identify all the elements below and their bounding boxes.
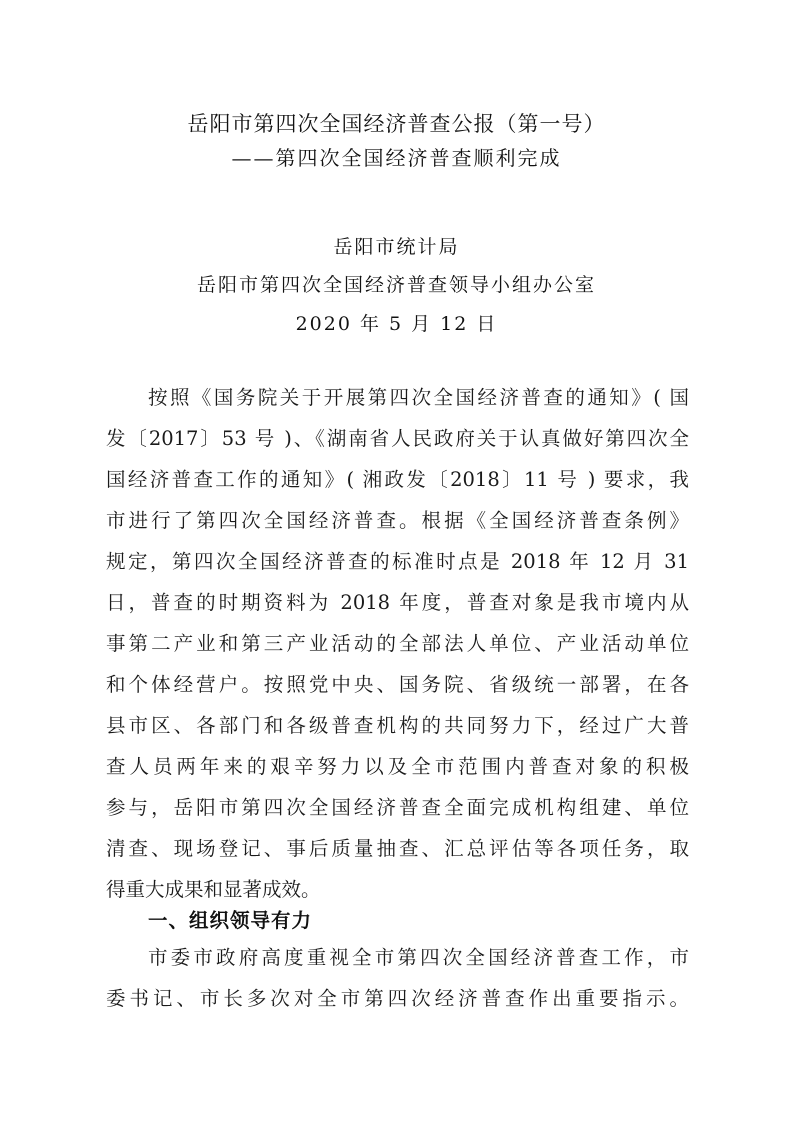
paragraph-line: 国经济普查工作的通知》( 湘政发〔2018〕11 号 ) 要求，我 (106, 468, 689, 492)
section-heading: 一、组织领导有力 (148, 905, 312, 933)
paragraph-line: 和个体经营户。按照党中央、国务院、省级统一部署，在各 (106, 673, 689, 697)
issue-date: 2020 年 5 月 12 日 (0, 309, 793, 336)
paragraph-line: 发〔2017〕53 号 )、《湖南省人民政府关于认真做好第四次全 (106, 427, 689, 451)
document-subtitle: ——第四次全国经济普查顺利完成 (0, 142, 793, 171)
paragraph-line: 参与，岳阳市第四次全国经济普查全面完成机构组建、单位 (106, 796, 689, 820)
paragraph-line: 市进行了第四次全国经济普查。根据《全国经济普查条例》 (106, 509, 689, 533)
paragraph-line: 事第二产业和第三产业活动的全部法人单位、产业活动单位 (106, 632, 689, 656)
document-title: 岳阳市第四次全国经济普查公报（第一号） (0, 108, 793, 138)
paragraph-line: 清查、现场登记、事后质量抽查、汇总评估等各项任务，取 (106, 837, 689, 861)
paragraph-line: 按照《国务院关于开展第四次全国经济普查的通知》( 国 (148, 386, 689, 410)
paragraph-line: 规定，第四次全国经济普查的标准时点是 2018 年 12 月 31 (106, 550, 689, 574)
issuer-statistics-bureau: 岳阳市统计局 (0, 232, 793, 259)
paragraph-line: 得重大成果和显著成效。 (106, 878, 689, 902)
paragraph-line: 委书记、市长多次对全市第四次经济普查作出重要指示。 (106, 987, 689, 1011)
paragraph-line: 市委市政府高度重视全市第四次全国经济普查工作，市 (148, 946, 689, 970)
paragraph-line: 日，普查的时期资料为 2018 年度，普查对象是我市境内从 (106, 591, 689, 615)
issuer-census-office: 岳阳市第四次全国经济普查领导小组办公室 (0, 270, 793, 297)
document-page: 岳阳市第四次全国经济普查公报（第一号） ——第四次全国经济普查顺利完成 岳阳市统… (0, 0, 793, 1122)
paragraph-line: 县市区、各部门和各级普查机构的共同努力下，经过广大普 (106, 714, 689, 738)
paragraph-line: 查人员两年来的艰辛努力以及全市范围内普查对象的积极 (106, 755, 689, 779)
